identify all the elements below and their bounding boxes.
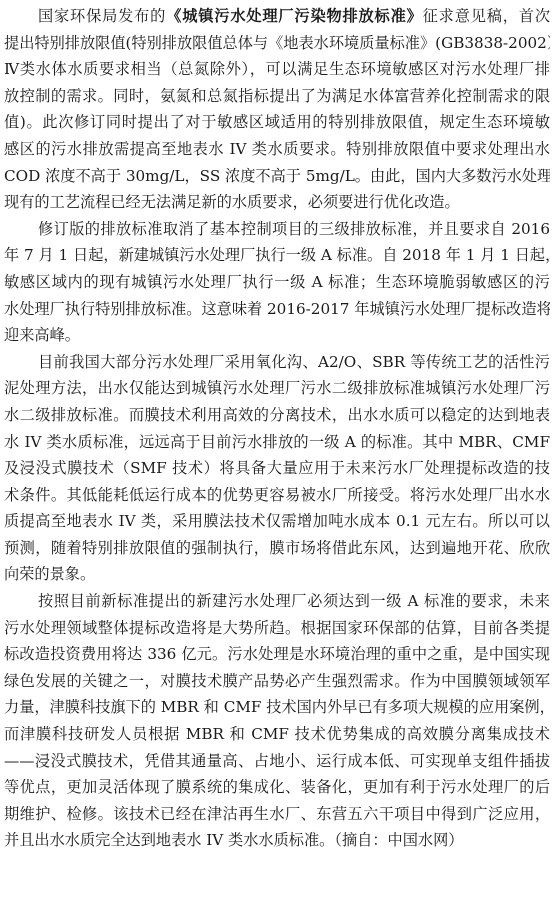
text-line: 提出特别排放限值(特别排放限值总体与《地表水环境质量标准》(GB3838-200… [4, 30, 550, 57]
text-span: 国家环保局发布的 [38, 7, 166, 25]
text-line: 敏感区域内的现有城镇污水处理厂执行一级 A 标准；生态环境脆弱敏感区的污 [4, 269, 550, 296]
text-line: 值)。此次修订同时提出了对于敏感区域适用的特别排放限值，规定生态环境敏 [4, 109, 550, 136]
standard-title: 《城镇污水处理厂污染物排放标准》 [166, 7, 422, 25]
text-line: 污水处理领域整体提标改造将是大势所趋。根据国家环保部的估算，目前各类提 [4, 615, 550, 642]
text-line: 期维护、检修。该技术已经在津沽再生水厂、东营五六干项目中得到广泛应用， [4, 801, 550, 828]
text-line: 修订版的排放标准取消了基本控制项目的三级排放标准，并且要求自 2016 [4, 216, 550, 243]
text-line: 水处理厂执行特别排放标准。这意味着 2016-2017 年城镇污水处理厂提标改造… [4, 296, 550, 323]
text-line: 预测，随着特别排放限值的强制执行，膜市场将借此东风，达到遍地开花、欣欣 [4, 535, 550, 562]
text-line: 国家环保局发布的《城镇污水处理厂污染物排放标准》征求意见稿，首次 [4, 3, 550, 30]
text-line: ——浸没式膜技术，凭借其通量高、占地小、运行成本低、可实现单支组件插拔 [4, 748, 550, 775]
text-line: 并且出水水质完全达到地表水 IV 类水水质标准。（摘自：中国水网） [4, 827, 550, 854]
paragraph-4: 按照目前新标准提出的新建污水处理厂必须达到一级 A 标准的要求，未来 污水处理领… [4, 588, 550, 854]
text-line: 力量，津膜科技旗下的 MBR 和 CMF 技术国内外早已有多项大规模的应用案例， [4, 694, 550, 721]
text-line: 迎来高峰。 [4, 322, 550, 349]
text-line: 向荣的景象。 [4, 561, 550, 588]
text-line: 质提高至地表水 IV 类，采用膜法技术仅需增加吨水成本 0.1 元左右。所以可以 [4, 508, 550, 535]
text-line: 等优点，更加灵活体现了膜系统的集成化、装备化，更加有利于污水处理厂的后 [4, 774, 550, 801]
text-line: 术条件。其低能耗低运行成本的优势更容易被水厂所接受。将污水处理厂出水水 [4, 482, 550, 509]
paragraph-3: 目前我国大部分污水处理厂采用氧化沟、A2/O、SBR 等传统工艺的活性污 泥处理… [4, 349, 550, 588]
text-line: 现有的工艺流程已经无法满足新的水质要求，必须要进行优化改造。 [4, 189, 550, 216]
text-line: COD 浓度不高于 30mg/L，SS 浓度不高于 5mg/L。由此，国内大多数… [4, 163, 550, 190]
text-line: 标改造投资费用将达 336 亿元。污水处理是水环境治理的重中之重，是中国实现 [4, 641, 550, 668]
text-line: 目前我国大部分污水处理厂采用氧化沟、A2/O、SBR 等传统工艺的活性污 [4, 349, 550, 376]
document-page: 国家环保局发布的《城镇污水处理厂污染物排放标准》征求意见稿，首次 提出特别排放限… [4, 3, 550, 854]
text-line: 水 IV 类水质标准，远远高于目前污水排放的一级 A 的标准。其中 MBR、CM… [4, 429, 550, 456]
text-line: 放控制的需求。同时，氨氮和总氮指标提出了为满足水体富营养化控制需求的限 [4, 83, 550, 110]
text-line: Ⅳ类水体水质要求相当（总氮除外），可以满足生态环境敏感区对污水处理厂排 [4, 56, 550, 83]
text-line: 水二级排放标准。而膜技术利用高效的分离技术，出水水质可以稳定的达到地表 [4, 402, 550, 429]
paragraph-1: 国家环保局发布的《城镇污水处理厂污染物排放标准》征求意见稿，首次 提出特别排放限… [4, 3, 550, 216]
text-span: 征求意见稿，首次 [423, 7, 550, 25]
text-line: 年 7 月 1 日起，新建城镇污水处理厂执行一级 A 标准。自 2018 年 1… [4, 242, 550, 269]
text-line: 泥处理方法，出水仅能达到城镇污水处理厂污水二级排放标准城镇污水处理厂污 [4, 375, 550, 402]
text-line: 而津膜科技研发人员根据 MBR 和 CMF 技术优势集成的高效膜分离集成技术 [4, 721, 550, 748]
text-line: 及浸没式膜技术（SMF 技术）将具备大量应用于未来污水厂处理提标改造的技 [4, 455, 550, 482]
text-line: 感区的污水排放需提高至地表水 IV 类水质要求。特别排放限值中要求处理出水 [4, 136, 550, 163]
text-line: 绿色发展的关键之一，对膜技术膜产品势必产生强烈需求。作为中国膜领域领军 [4, 668, 550, 695]
text-line: 按照目前新标准提出的新建污水处理厂必须达到一级 A 标准的要求，未来 [4, 588, 550, 615]
paragraph-2: 修订版的排放标准取消了基本控制项目的三级排放标准，并且要求自 2016 年 7 … [4, 216, 550, 349]
